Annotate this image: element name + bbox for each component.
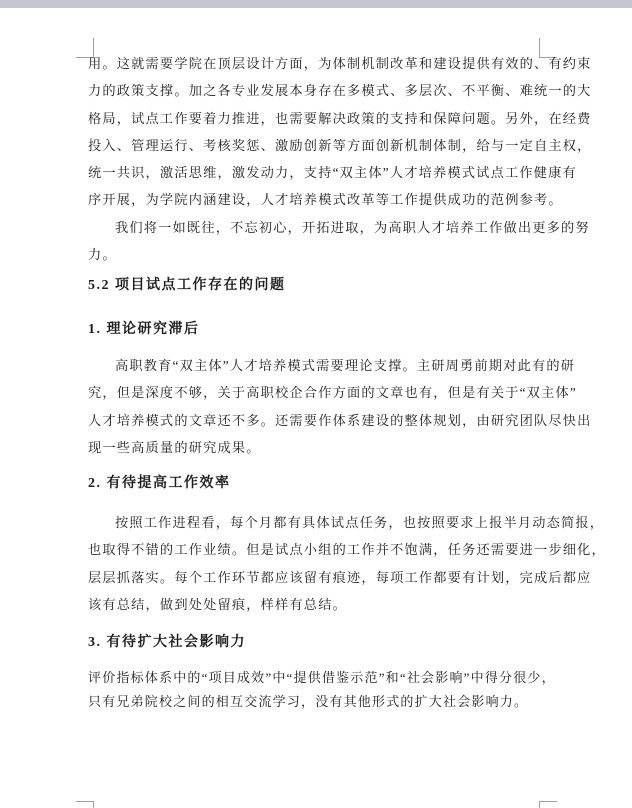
paragraph-theory-lag: 高职教育“双主体”人才培养模式需要理论支撑。主研周勇前期对此有的研 究，但是深度… <box>88 352 548 461</box>
subsection-heading-2: 2. 有待提高工作效率 <box>88 474 548 493</box>
text-line: 按照工作进程看，每个月都有具体试点任务，也按照要求上报半月动态简报， <box>88 509 548 536</box>
text-line: 也取得不错的工作业绩。但是试点小组的工作并不饱满，任务还需要进一步细化， <box>88 536 548 563</box>
text-line: 格局，试点工作要着力推进，也需要解决政策的支持和保障问题。另外，在经费 <box>88 105 548 132</box>
text-line: 投入、管理运行、考核奖惩、激励创新等方面创新机制体制，给与一定自主权， <box>88 132 548 159</box>
paragraph-work-efficiency: 按照工作进程看，每个月都有具体试点任务，也按照要求上报半月动态简报， 也取得不错… <box>88 509 548 618</box>
text-line: 评价指标体系中的“项目成效”中“提供借鉴示范”和“社会影响”中得分很少， <box>88 666 548 690</box>
text-line: 层层抓落实。每个工作环节都应该留有痕迹，每项工作都要有计划，完成后都应 <box>88 564 548 591</box>
document-page: 用。这就需要学院在顶层设计方面，为体制机制改革和建设提供有效的、有约束 力的政策… <box>0 0 632 808</box>
margin-mark-bottom-left <box>76 801 94 808</box>
window-top-edge <box>0 0 632 8</box>
text-line: 究，但是深度不够，关于高职校企合作方面的文章也有，但是有关于“双主体” <box>88 379 548 406</box>
margin-mark-bottom-right <box>539 801 557 808</box>
paragraph-outlook: 我们将一如既往，不忘初心，开拓进取，为高职人才培养工作做出更多的努 力。 <box>88 214 548 269</box>
text-line: 高职教育“双主体”人才培养模式需要理论支撑。主研周勇前期对此有的研 <box>88 352 548 379</box>
text-line: 只有兄弟院校之间的相互交流学习，没有其他形式的扩大社会影响力。 <box>88 690 548 714</box>
text-line: 序开展，为学院内涵建设，人才培养模式改革等工作提供成功的范例参考。 <box>88 186 548 213</box>
text-line: 人才培养模式的文章还不多。还需要作体系建设的整体规划，由研究团队尽快出 <box>88 407 548 434</box>
section-heading: 5.2 项目试点工作存在的问题 <box>88 276 548 295</box>
text-line: 力。 <box>88 241 548 268</box>
subsection-heading-3: 3. 有待扩大社会影响力 <box>88 633 548 652</box>
text-line: 力的政策支撑。加之各专业发展本身存在多模式、多层次、不平衡、难统一的大 <box>88 77 548 104</box>
text-line: 统一共识，激活思维，激发动力，支持“双主体”人才培养模式试点工作健康有 <box>88 159 548 186</box>
subsection-heading-1: 1. 理论研究滞后 <box>88 320 548 339</box>
text-line: 用。这就需要学院在顶层设计方面，为体制机制改革和建设提供有效的、有约束 <box>88 50 548 77</box>
paragraph-social-influence: 评价指标体系中的“项目成效”中“提供借鉴示范”和“社会影响”中得分很少， 只有兄… <box>88 666 548 713</box>
text-line: 现一些高质量的研究成果。 <box>88 434 548 461</box>
text-line: 该有总结，做到处处留痕，样样有总结。 <box>88 591 548 618</box>
paragraph-continuation: 用。这就需要学院在顶层设计方面，为体制机制改革和建设提供有效的、有约束 力的政策… <box>88 50 548 214</box>
text-line: 我们将一如既往，不忘初心，开拓进取，为高职人才培养工作做出更多的努 <box>88 214 548 241</box>
